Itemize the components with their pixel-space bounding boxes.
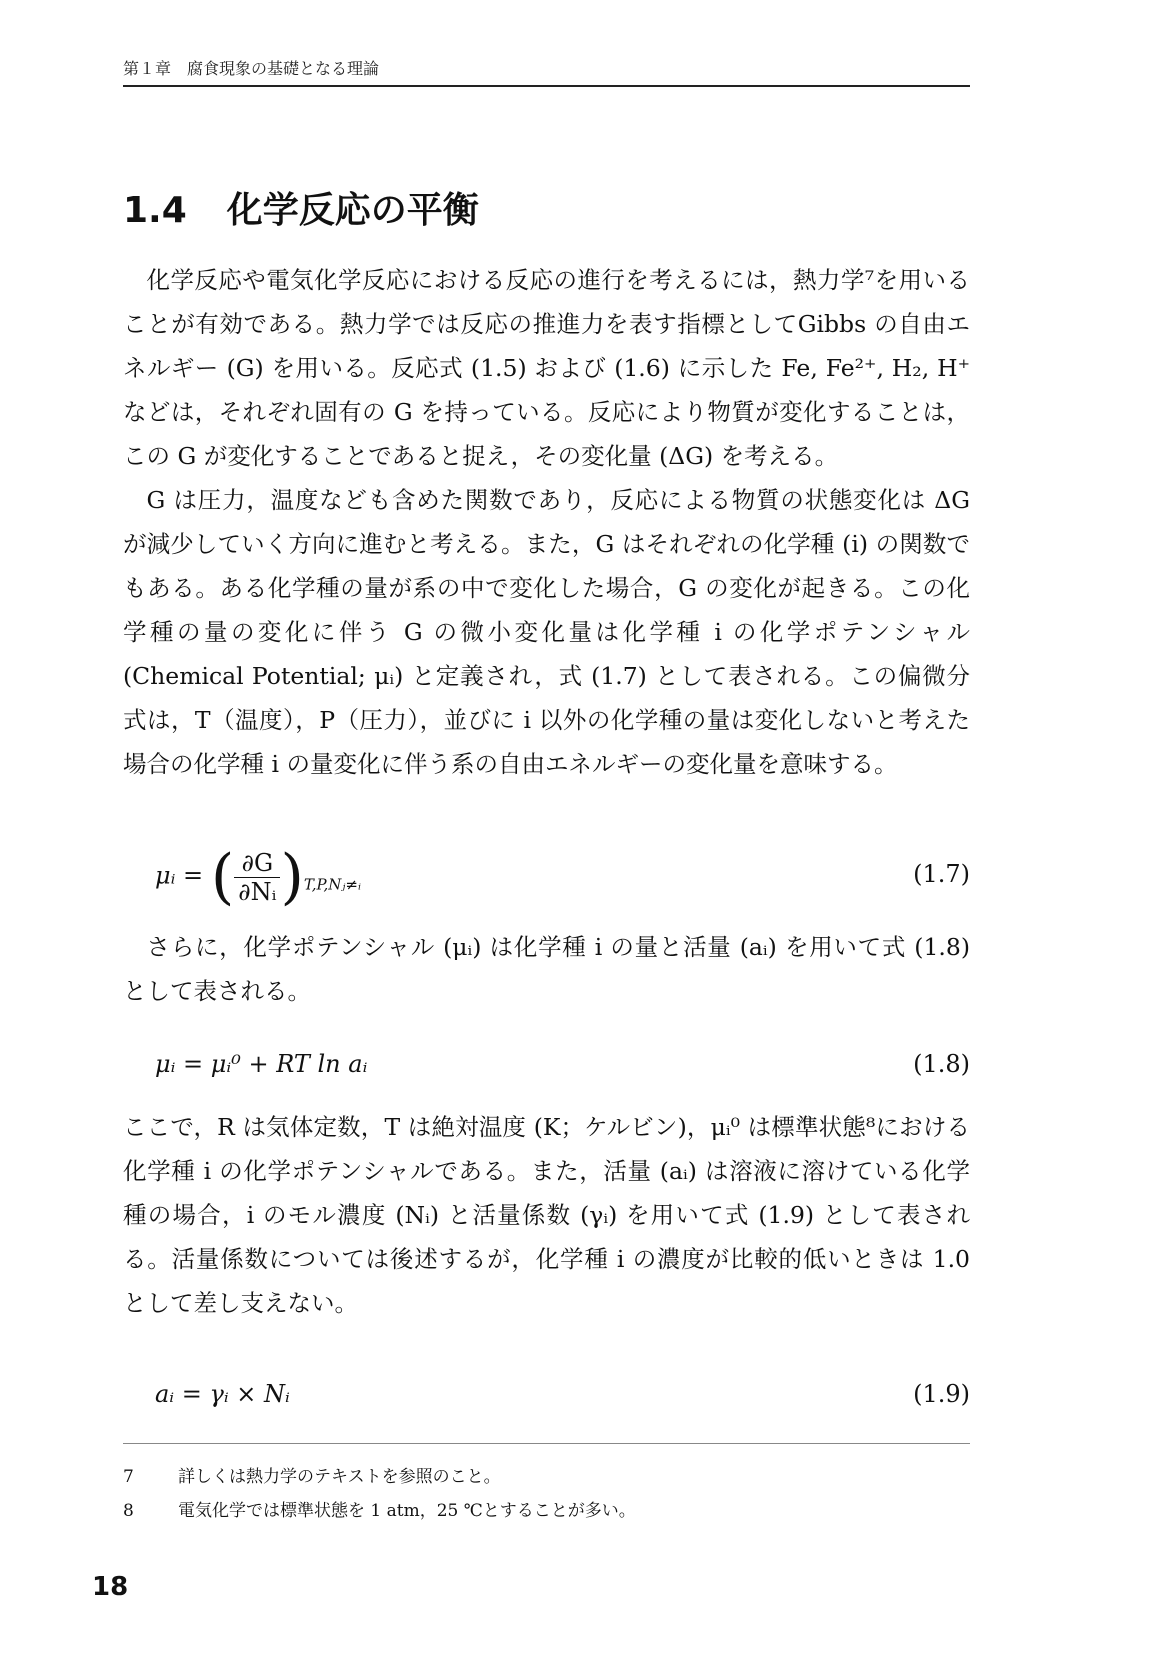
- paragraph: ここで，R は気体定数，T は絶対温度 (K；ケルビン)，μᵢ⁰ は標準状態⁸に…: [123, 1105, 970, 1325]
- footnote-text: 詳しくは熱力学のテキストを参照のこと。: [178, 1467, 501, 1487]
- footnotes: 7詳しくは熱力学のテキストを参照のこと。 8電気化学では標準状態を 1 atm，…: [123, 1460, 636, 1528]
- footnote-number: 7: [123, 1460, 178, 1494]
- paragraph: 化学反応や電気化学反応における反応の進行を考えるには，熱力学⁷を用いることが有効…: [123, 258, 970, 478]
- equation-1-8: μᵢ = μᵢ⁰ + RT ln aᵢ (1.8): [155, 1050, 970, 1078]
- paragraph-4-block: ここで，R は気体定数，T は絶対温度 (K；ケルビン)，μᵢ⁰ は標準状態⁸に…: [123, 1105, 970, 1325]
- equation-1-7: μᵢ = (∂G∂Nᵢ)T,P,Nⱼ≠ᵢ (1.7): [155, 842, 970, 912]
- equation-number: (1.8): [913, 1050, 970, 1078]
- footnote-number: 8: [123, 1494, 178, 1528]
- denominator: ∂Nᵢ: [234, 878, 280, 906]
- equation-1-9: aᵢ = γᵢ × Nᵢ (1.9): [155, 1380, 970, 1408]
- equation-number: (1.7): [913, 860, 970, 888]
- right-paren: ): [280, 842, 303, 912]
- paragraph-1-block: 化学反応や電気化学反応における反応の進行を考えるには，熱力学⁷を用いることが有効…: [123, 258, 970, 786]
- equation-subscript: T,P,Nⱼ≠ᵢ: [304, 875, 361, 893]
- left-paren: (: [211, 842, 234, 912]
- fraction: ∂G∂Nᵢ: [234, 849, 280, 906]
- footnote: 7詳しくは熱力学のテキストを参照のこと。: [123, 1460, 636, 1494]
- section-title-text: 化学反応の平衡: [227, 190, 479, 231]
- footnote: 8電気化学では標準状態を 1 atm，25 ℃とすることが多い。: [123, 1494, 636, 1528]
- footnote-divider: [123, 1443, 970, 1444]
- footnote-text: 電気化学では標準状態を 1 atm，25 ℃とすることが多い。: [178, 1501, 636, 1521]
- running-head: 第１章 腐食現象の基礎となる理論: [123, 56, 970, 87]
- section-number: 1.4: [123, 190, 187, 231]
- paragraph-3-block: さらに，化学ポテンシャル (μᵢ) は化学種 i の量と活量 (aᵢ) を用いて…: [123, 925, 970, 1013]
- equation-lhs: μᵢ =: [155, 862, 203, 890]
- equation-body: μᵢ = μᵢ⁰ + RT ln aᵢ: [155, 1050, 367, 1078]
- equation-number: (1.9): [913, 1380, 970, 1408]
- equation-body: aᵢ = γᵢ × Nᵢ: [155, 1380, 290, 1408]
- section-title: 1.4化学反応の平衡: [123, 182, 479, 233]
- paragraph: G は圧力，温度なども含めた関数であり，反応による物質の状態変化は ΔG が減少…: [123, 478, 970, 786]
- paragraph: さらに，化学ポテンシャル (μᵢ) は化学種 i の量と活量 (aᵢ) を用いて…: [123, 925, 970, 1013]
- numerator: ∂G: [234, 849, 280, 878]
- page-number: 18: [92, 1572, 128, 1602]
